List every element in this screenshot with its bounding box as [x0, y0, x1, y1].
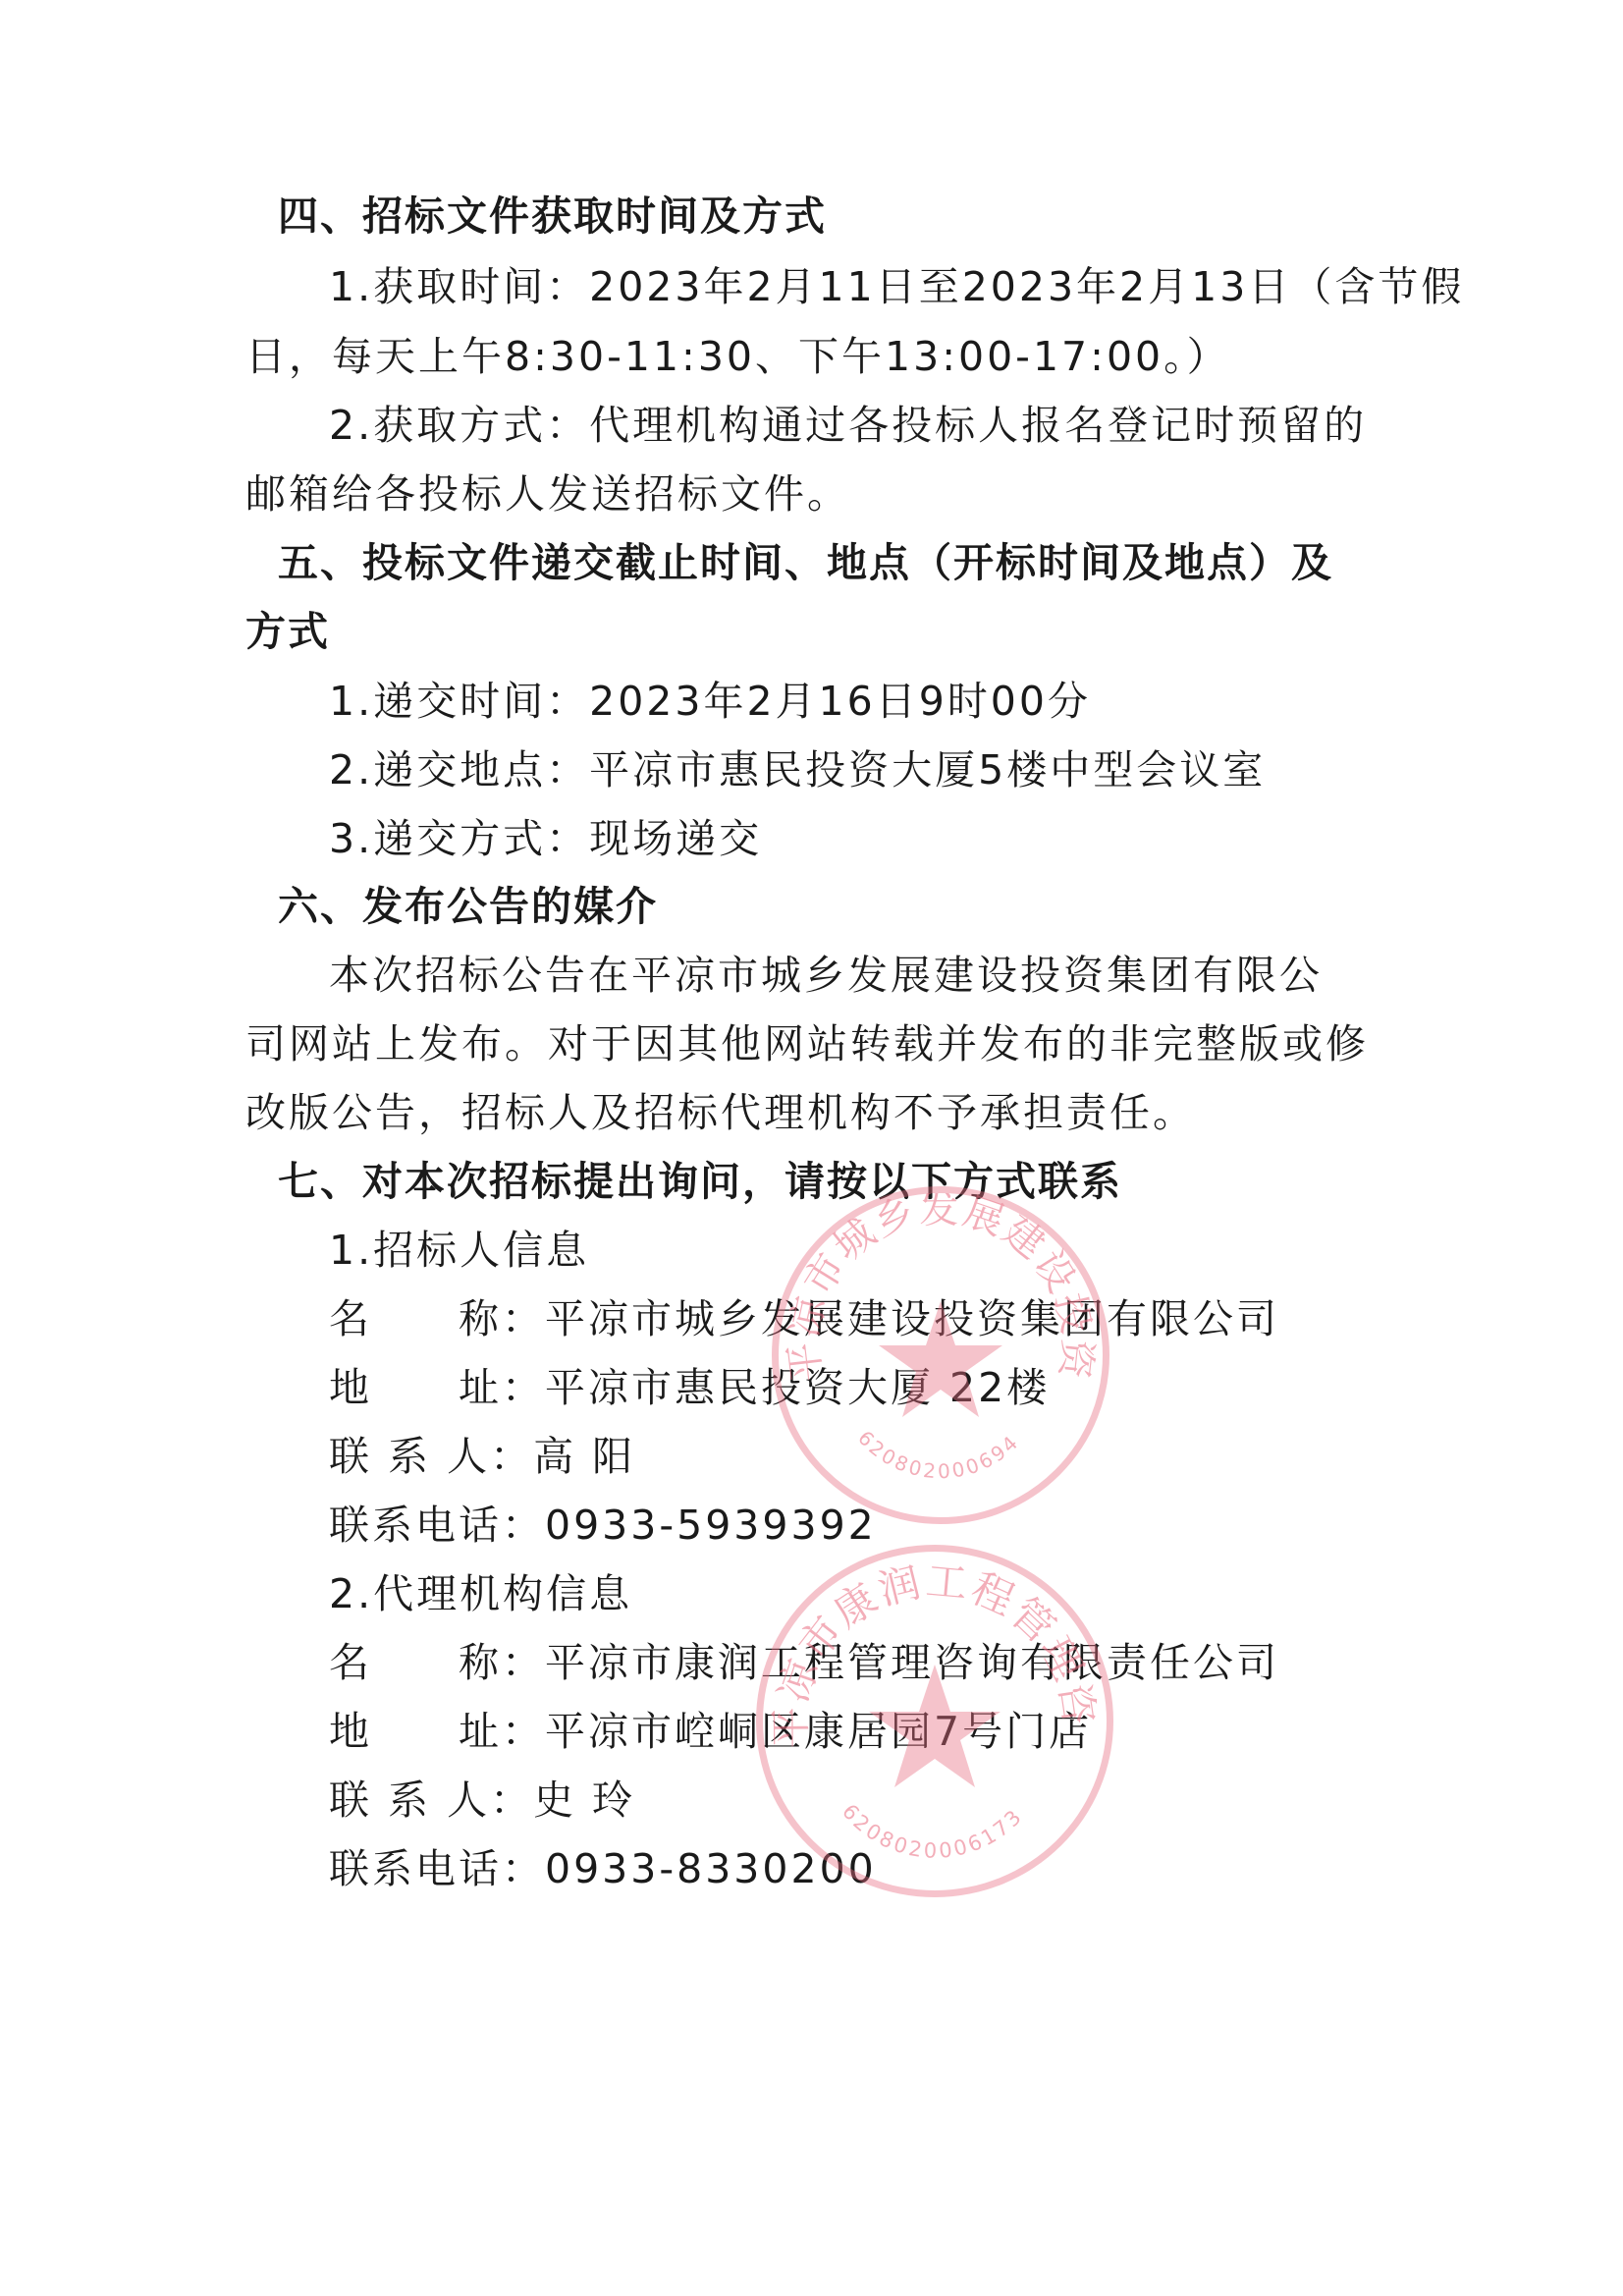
seal-star-icon: 平凉市城乡发展建设投资集团有限公司 6208020006947: [779, 1193, 1103, 1517]
tenderer-contact-row: 联 系 人：高 阳: [329, 1427, 635, 1486]
s5-submit-time: 1.递交时间：2023年2月16日9时00分: [329, 672, 1091, 731]
tenderer-contact: 高 阳: [533, 1433, 635, 1480]
agency-contact-row: 联 系 人：史 玲: [329, 1771, 635, 1830]
agency-name-label: 名 称：: [329, 1633, 545, 1692]
seal-star-icon: 平凉市康润工程管理咨询有限责任公司 6208020006173: [763, 1552, 1107, 1890]
section-5-heading-line1: 五、投标文件递交截止时间、地点（开标时间及地点）及: [278, 533, 1333, 592]
s6-paragraph-line2: 司网站上发布。对于因其他网站转载并发布的非完整版或修: [245, 1014, 1369, 1073]
agency-address-label: 地 址：: [329, 1702, 545, 1761]
section-5-heading-line2: 方式: [245, 602, 330, 661]
svg-text:6208020006173: 6208020006173: [838, 1800, 1028, 1863]
tenderer-phone-label: 联系电话：: [329, 1496, 545, 1555]
s5-submit-method: 3.递交方式：现场递交: [329, 809, 762, 868]
agency-phone-label: 联系电话：: [329, 1839, 545, 1898]
s4-acquire-method-line1: 2.获取方式：代理机构通过各投标人报名登记时预留的: [329, 396, 1367, 455]
agency-contact: 史 玲: [533, 1777, 635, 1824]
s6-paragraph-line1: 本次招标公告在平凉市城乡发展建设投资集团有限公: [329, 946, 1323, 1005]
seal-code: 6208020006173: [838, 1800, 1028, 1863]
s5-submit-location: 2.递交地点：平凉市惠民投资大厦5楼中型会议室: [329, 740, 1266, 799]
agency-contact-label: 联 系 人：: [329, 1771, 533, 1830]
s6-paragraph-line3: 改版公告，招标人及招标代理机构不予承担责任。: [245, 1083, 1196, 1142]
tenderer-name-label: 名 称：: [329, 1289, 545, 1348]
s4-acquire-time-line2: 日，每天上午8:30-11:30、下午13:00-17:00。）: [245, 327, 1230, 386]
tenderer-seal-stamp: 平凉市城乡发展建设投资集团有限公司 6208020006947: [772, 1186, 1109, 1524]
section-4-heading: 四、招标文件获取时间及方式: [278, 187, 827, 246]
tenderer-contact-label: 联 系 人：: [329, 1427, 533, 1486]
agency-info-title: 2.代理机构信息: [329, 1564, 632, 1623]
tenderer-info-title: 1.招标人信息: [329, 1221, 589, 1280]
tenderer-address-label: 地 址：: [329, 1358, 545, 1417]
s4-acquire-time-line1: 1.获取时间：2023年2月11日至2023年2月13日（含节假: [329, 257, 1464, 316]
agency-seal-stamp: 平凉市康润工程管理咨询有限责任公司 6208020006173: [756, 1545, 1113, 1897]
s4-acquire-method-line2: 邮箱给各投标人发送招标文件。: [245, 465, 850, 523]
section-6-heading: 六、发布公告的媒介: [278, 877, 658, 936]
